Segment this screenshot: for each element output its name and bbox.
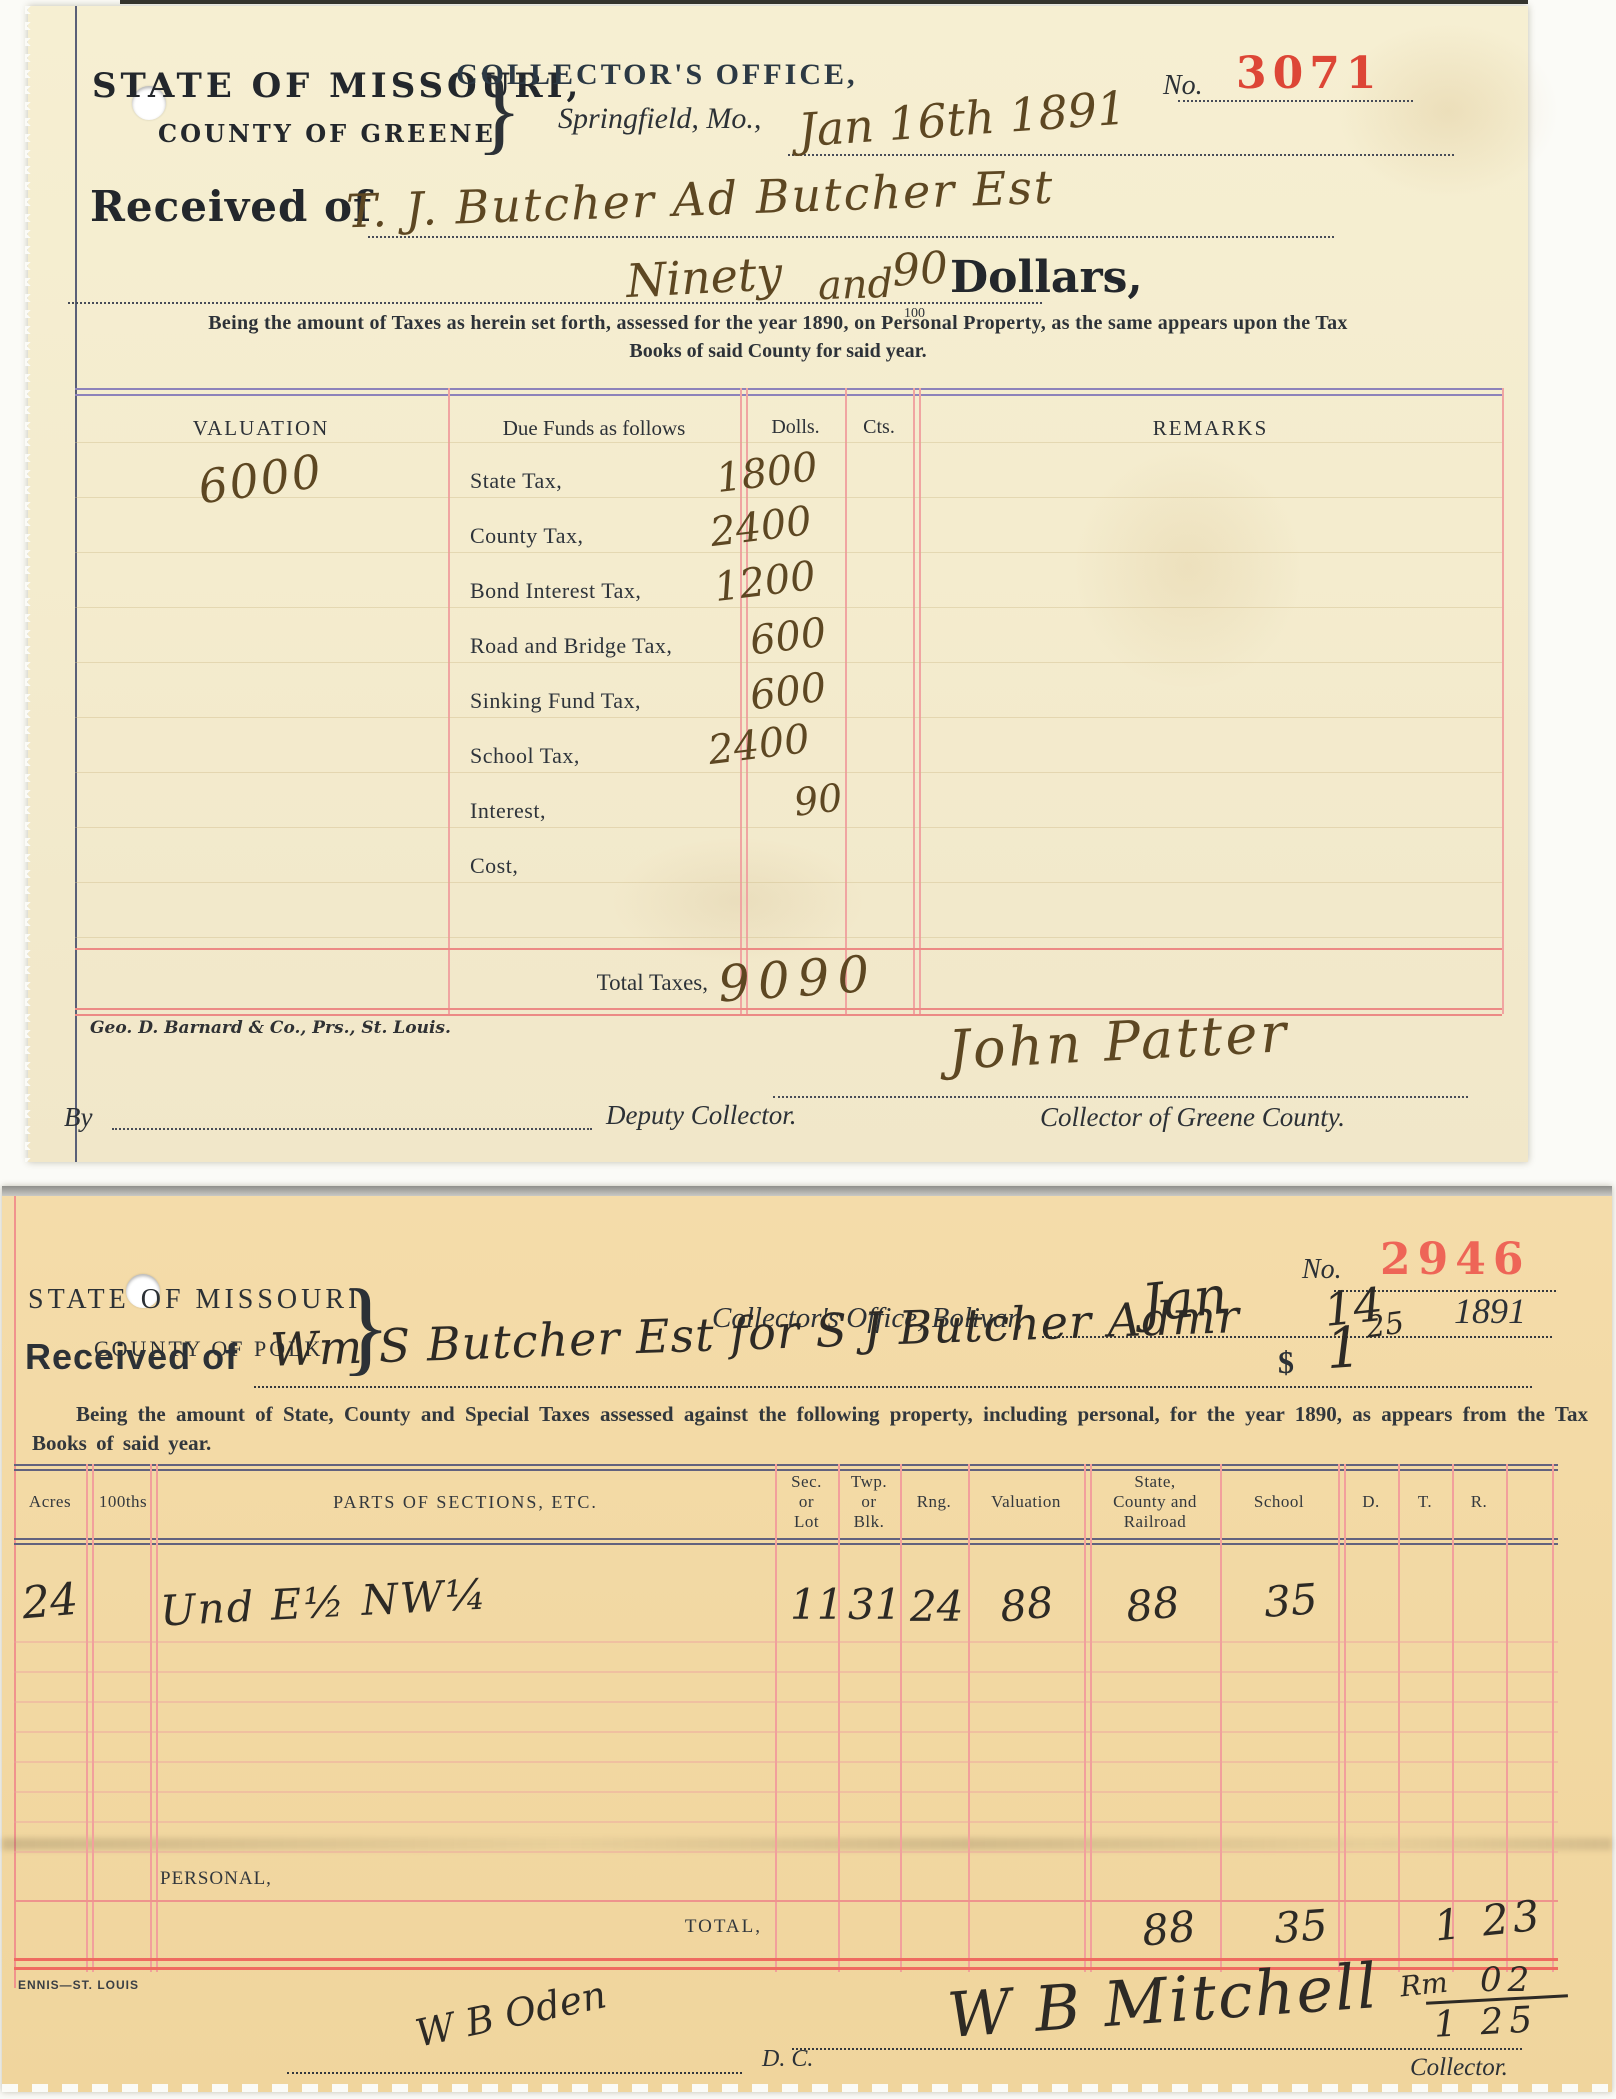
total-state-county-railroad: 88 — [1140, 1901, 1198, 1955]
header-100ths: 100ths — [92, 1492, 154, 1512]
ledger-rule — [14, 1821, 1558, 1823]
receipt-polk-paper: STATE OF MISSOURI, COUNTY OF POLK. } No.… — [2, 1186, 1612, 2092]
column-rule — [775, 1464, 777, 1972]
collector-label: Collector. — [1410, 2054, 1508, 2082]
dollar-sign: $ — [1278, 1344, 1294, 1381]
by-rule — [112, 1128, 592, 1130]
ledger-rule — [14, 1851, 1558, 1853]
column-rule — [150, 1464, 152, 1972]
arithmetic-note: Rm — [1398, 1966, 1449, 2004]
handwritten-payer: T. J. Butcher Ad Butcher Est — [345, 160, 1055, 239]
dollars-label: Dollars, — [950, 252, 1143, 303]
arithmetic-addend: 02 — [1480, 1960, 1535, 2000]
deckled-left-edge — [25, 6, 35, 1162]
total-label: TOTAL, — [602, 1916, 762, 1938]
collector-of-greene-label: Collector of Greene County. — [1040, 1102, 1345, 1133]
tax-row-label: Cost, — [470, 853, 518, 879]
no-rule — [1178, 100, 1413, 102]
table-top-rule-2 — [14, 1469, 1558, 1471]
column-rule — [1452, 1464, 1454, 1972]
scan-gray-edge — [2, 1186, 1612, 1196]
header-parts: PARTS OF SECTIONS, ETC. — [156, 1492, 775, 1512]
row-valuation: 88 — [998, 1577, 1056, 1631]
dc-signature-rule — [287, 2072, 742, 2074]
collectors-office-heading: COLLECTOR'S OFFICE, — [456, 58, 858, 92]
table-top-rule — [14, 1464, 1558, 1466]
row-sec: 11 — [790, 1580, 843, 1629]
ledger-rule — [14, 1641, 1558, 1643]
table-top-rule — [75, 388, 1502, 390]
ledger-rule — [14, 1671, 1558, 1673]
post-total-rule — [75, 1008, 1502, 1010]
receipt-number-stamp: 3071 — [1236, 48, 1382, 99]
total-handwritten-amount: 1 23 — [1432, 1890, 1546, 1950]
date-rule — [788, 154, 1454, 156]
column-rule — [156, 1464, 158, 1972]
due-funds-header: Due Funds as follows — [474, 416, 714, 441]
column-rule — [1502, 388, 1504, 1014]
header-sec-or-lot: Sec. or Lot — [775, 1472, 838, 1532]
personal-label: PERSONAL, — [160, 1868, 272, 1890]
row-rng: 24 — [910, 1582, 963, 1631]
header-bottom-rule-2 — [14, 1543, 1558, 1545]
header-school: School — [1220, 1492, 1338, 1512]
handwritten-cents-superscript: 25 — [1364, 1306, 1407, 1346]
header-bottom-rule — [14, 1538, 1558, 1540]
payer-rule — [368, 236, 1334, 238]
column-rule — [92, 1464, 94, 1972]
total-school: 35 — [1272, 1900, 1329, 1953]
column-rule — [1084, 1464, 1086, 1972]
handwritten-and: and — [817, 261, 894, 310]
column-rule — [900, 1464, 902, 1972]
column-rule — [1398, 1464, 1400, 1972]
header-twp-or-blk: Twp. or Blk. — [838, 1472, 900, 1532]
column-rule — [1220, 1464, 1222, 1972]
county-heading: COUNTY OF GREENE. — [158, 119, 507, 148]
being-text: Being the amount of State, County and Sp… — [32, 1400, 1588, 1458]
personal-row-rule — [14, 1900, 1558, 1902]
tax-row-label: Sinking Fund Tax, — [470, 688, 641, 714]
received-of-label: Received of — [25, 1336, 238, 1378]
tax-row-label: County Tax, — [470, 523, 584, 549]
header-d: D. — [1344, 1492, 1398, 1512]
paper-stain — [1328, 16, 1568, 206]
deputy-collector-label: Deputy Collector. — [606, 1100, 796, 1131]
valuation-header: VALUATION — [161, 416, 361, 441]
column-rule — [86, 1464, 88, 1972]
column-rule — [1344, 1464, 1346, 1972]
cts-header: Cts. — [845, 416, 913, 439]
printer-credit: Geo. D. Barnard & Co., Prs., St. Louis. — [90, 1018, 451, 1038]
tax-row-amount: 90 — [791, 775, 844, 825]
payer-rule — [254, 1386, 1532, 1388]
tax-row-label: Road and Bridge Tax, — [470, 633, 672, 659]
table-top-rule-2 — [75, 394, 1502, 396]
place-line: Springfield, Mo., — [558, 102, 761, 136]
collector-signature-rule — [792, 2048, 1522, 2050]
no-label: No. — [1163, 70, 1203, 102]
tax-row-label: Bond Interest Tax, — [470, 578, 641, 604]
ledger-rule — [14, 1761, 1558, 1763]
total-taxes-amount: 9090 — [716, 945, 879, 1014]
row-twp: 31 — [848, 1580, 901, 1629]
scan-top-edge — [120, 0, 1528, 4]
handwritten-amount-words: Ninety — [625, 246, 784, 308]
header-state-county-railroad: State, County and Railroad — [1090, 1472, 1220, 1532]
state-heading: STATE OF MISSOURI, — [28, 1284, 372, 1316]
receipt-number-stamp: 2946 — [1380, 1234, 1530, 1285]
header-rng: Rng. — [900, 1492, 968, 1512]
by-label: By — [64, 1102, 92, 1133]
column-rule — [838, 1464, 840, 1972]
amount-rule — [68, 302, 1042, 304]
collector-signature-rule — [773, 1096, 1468, 1098]
ledger-rule — [14, 1731, 1558, 1733]
arithmetic-sum: 1 25 — [1433, 1999, 1539, 2045]
ledger-rule — [14, 1791, 1558, 1793]
row-parts: Und E½ NW¼ — [159, 1569, 489, 1635]
received-of-label: Received of — [90, 182, 372, 231]
deckled-bottom-edge — [2, 2084, 1612, 2092]
tax-row-label: School Tax, — [470, 743, 580, 769]
being-text-line2: Books of said County for said year. — [88, 340, 1468, 363]
handwritten-dollars: 1 — [1324, 1315, 1364, 1382]
header-acres: Acres — [14, 1492, 86, 1512]
dc-signature: W B Oden — [412, 1972, 611, 2055]
fold-crease — [2, 1838, 1612, 1850]
column-rule — [1338, 1464, 1340, 1972]
header-r: R. — [1452, 1492, 1506, 1512]
remarks-header: REMARKS — [919, 416, 1502, 441]
dolls-header: Dolls. — [746, 416, 845, 439]
total-taxes-label: Total Taxes, — [508, 970, 708, 996]
handwritten-cents: 90 — [890, 242, 949, 297]
column-rule — [1552, 1464, 1554, 1972]
year-printed: 1891 — [1454, 1290, 1526, 1332]
column-rule — [1090, 1464, 1092, 1972]
scanned-tax-receipts-page: { "receipt_greene": { "state_line": "STA… — [0, 0, 1616, 2099]
row-state-county-railroad: 88 — [1124, 1577, 1182, 1631]
handwritten-date: Jan 16th 1891 — [797, 81, 1128, 158]
tax-row-label: State Tax, — [470, 468, 562, 494]
row-acres: 24 — [20, 1574, 80, 1630]
header-t: T. — [1398, 1492, 1452, 1512]
row-school: 35 — [1262, 1574, 1319, 1627]
being-text-line1: Being the amount of Taxes as herein set … — [88, 312, 1468, 335]
left-margin-rule — [14, 1196, 16, 1988]
tax-row-amount: 600 — [747, 665, 828, 720]
tax-row-amount: 600 — [747, 610, 828, 665]
tax-row-label: Interest, — [470, 798, 546, 824]
printer-credit: ENNIS—ST. LOUIS — [18, 1978, 139, 1992]
header-valuation: Valuation — [968, 1492, 1084, 1512]
collector-signature: W B Mitchell — [945, 1949, 1381, 2052]
dc-label: D. C. — [762, 2046, 813, 2073]
column-rule — [968, 1464, 970, 1972]
ledger-rule — [14, 1701, 1558, 1703]
receipt-greene-paper: STATE OF MISSOURI, COUNTY OF GREENE. } C… — [28, 6, 1528, 1162]
